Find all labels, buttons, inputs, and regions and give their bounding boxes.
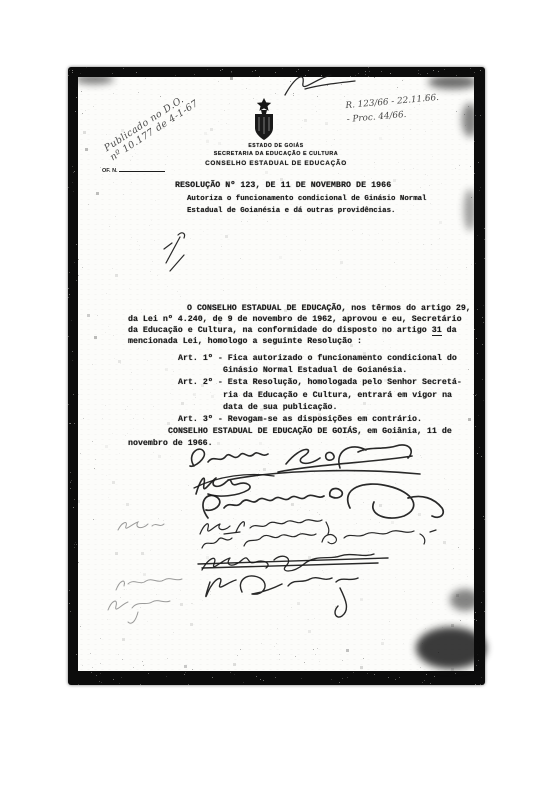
pencil-note-3 (108, 601, 170, 624)
pencil-margin-notes (78, 442, 474, 642)
reference-number-line: OF. N. (102, 166, 165, 174)
article-ref-underlined: 31 (432, 326, 442, 336)
preamble-line-1: O CONSELHO ESTADUAL DE EDUCAÇÃO, nos têr… (187, 303, 474, 314)
scan-blotch (428, 75, 478, 89)
articles-block: Art. 1º - Fica autorizado o funcionament… (78, 353, 474, 451)
scan-blotch (462, 103, 478, 137)
pencil-note-1 (118, 522, 164, 530)
closing-line-1: CONSELHO ESTADUAL DE EDUCAÇÃO DE GOIÁS, … (168, 426, 474, 438)
reference-number-blank (119, 166, 165, 172)
article-1-line-2: Ginásio Normal Estadual de Goianésia. (223, 365, 474, 377)
pencil-note-2 (116, 579, 182, 590)
scan-speckle-noise (78, 77, 79, 78)
top-flourish-mark (273, 63, 363, 103)
article-2-line-1: Art. 2º - Esta Resolução, homologada pel… (178, 377, 474, 389)
scan-border-noise (68, 67, 69, 68)
resolution-body: O CONSELHO ESTADUAL DE EDUCAÇÃO, nos têr… (78, 303, 474, 451)
preamble-line-3-text: da Educação e Cultura, na conformidade d… (128, 326, 432, 335)
preamble-line-3: da Educação e Cultura, na conformidade d… (128, 325, 474, 336)
document-page: ESTADO DE GOIÁS SECRETARIA DA EDUCAÇÃO E… (78, 77, 474, 671)
article-3-line-1: Art. 3º - Revogam-se as disposições em c… (178, 414, 474, 426)
article-2-line-2: ria da Educação e Cultura, entrará em vi… (223, 390, 474, 402)
preamble-line-4: mencionada Lei, homologo a seguinte Reso… (128, 336, 474, 347)
scan-blotch (74, 74, 114, 84)
letterhead-secretariat: SECRETARIA DA EDUCAÇÃO E CULTURA (78, 151, 474, 157)
resolution-title: RESOLUÇÃO Nº 123, DE 11 DE NOVEMBRO DE 1… (175, 181, 391, 190)
scan-blotch (464, 189, 476, 231)
state-crest-icon (250, 97, 278, 143)
scan-border: ESTADO DE GOIÁS SECRETARIA DA EDUCAÇÃO E… (68, 67, 485, 685)
preamble-line-3-end: da (442, 326, 457, 335)
paraph-mark (150, 229, 195, 274)
subject-line-2: Estadual de Goianésia e dá outras provid… (187, 205, 457, 217)
article-1-line-1: Art. 1º - Fica autorizado o funcionament… (178, 353, 474, 365)
subject-line-1: Autoriza o funcionamento condicional de … (187, 193, 457, 205)
reference-number-label: OF. N. (102, 168, 118, 174)
preamble-line-2: da Lei nº 4.240, de 9 de novembro de 196… (128, 314, 474, 325)
article-2-line-3: data de sua publicação. (223, 402, 474, 414)
scanned-resolution-document: ESTADO DE GOIÁS SECRETARIA DA EDUCAÇÃO E… (0, 0, 560, 792)
